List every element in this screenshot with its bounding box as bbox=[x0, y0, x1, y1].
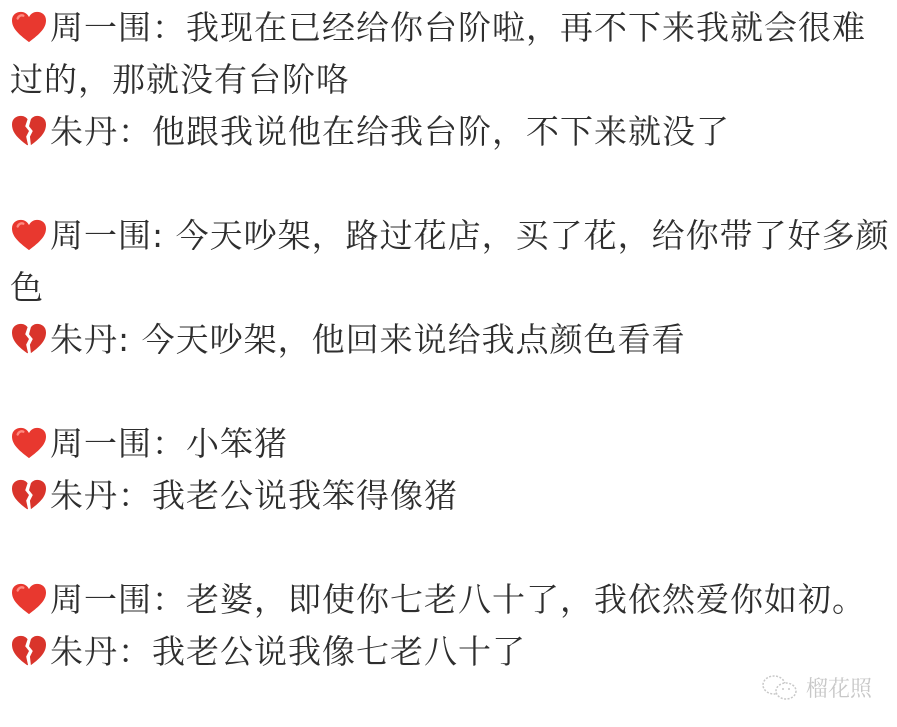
separator: ： bbox=[152, 424, 186, 463]
speaker-name: 朱丹 bbox=[50, 112, 118, 151]
dialogue-line: 朱丹：他跟我说他在给我台阶，不下来就没了 bbox=[10, 106, 890, 158]
broken-heart-icon bbox=[10, 322, 48, 356]
speaker-name: 周一围 bbox=[50, 216, 152, 255]
dialogue-line: 周一围：老婆，即使你七老八十了，我依然爱你如初。 bbox=[10, 574, 890, 626]
speaker-name: 周一围 bbox=[50, 424, 152, 463]
dialogue-text: 今天吵架，他回来说给我点颜色看看 bbox=[142, 320, 686, 359]
watermark: 榴花照 bbox=[760, 672, 872, 703]
dialogue-group: 周一围：我现在已经给你台阶啦，再不下来我就会很难过的，那就没有台阶咯 朱丹：他跟… bbox=[10, 2, 890, 158]
broken-heart-icon bbox=[10, 478, 48, 512]
dialogue-group: 周一围：老婆，即使你七老八十了，我依然爱你如初。 朱丹：我老公说我像七老八十了 bbox=[10, 574, 890, 678]
dialogue-group: 周一围: 今天吵架，路过花店，买了花，给你带了好多颜色 朱丹: 今天吵架，他回来… bbox=[10, 210, 890, 366]
red-heart-icon bbox=[10, 426, 48, 460]
dialogue-line: 周一围：我现在已经给你台阶啦，再不下来我就会很难过的，那就没有台阶咯 bbox=[10, 2, 890, 106]
speaker-name: 周一围 bbox=[50, 8, 152, 47]
broken-heart-icon bbox=[10, 634, 48, 668]
dialogue-line: 朱丹：我老公说我像七老八十了 bbox=[10, 626, 890, 678]
broken-heart-icon bbox=[10, 114, 48, 148]
separator: ： bbox=[118, 632, 152, 671]
post-content: 周一围：我现在已经给你台阶啦，再不下来我就会很难过的，那就没有台阶咯 朱丹：他跟… bbox=[10, 2, 890, 727]
speaker-name: 朱丹 bbox=[50, 320, 118, 359]
separator: ： bbox=[118, 476, 152, 515]
separator: : bbox=[118, 320, 142, 359]
dialogue-group: 周一围：小笨猪 朱丹：我老公说我笨得像猪 bbox=[10, 418, 890, 522]
dialogue-text: 我老公说我像七老八十了 bbox=[152, 632, 526, 671]
separator: ： bbox=[152, 8, 186, 47]
speaker-name: 周一围 bbox=[50, 580, 152, 619]
dialogue-text: 他跟我说他在给我台阶，不下来就没了 bbox=[152, 112, 730, 151]
red-heart-icon bbox=[10, 582, 48, 616]
dialogue-text: 我老公说我笨得像猪 bbox=[152, 476, 458, 515]
separator: ： bbox=[152, 580, 186, 619]
red-heart-icon bbox=[10, 10, 48, 44]
dialogue-text: 老婆，即使你七老八十了，我依然爱你如初。 bbox=[186, 580, 866, 619]
speaker-name: 朱丹 bbox=[50, 476, 118, 515]
watermark-label: 榴花照 bbox=[806, 672, 872, 703]
dialogue-line: 周一围: 今天吵架，路过花店，买了花，给你带了好多颜色 bbox=[10, 210, 890, 314]
separator: ： bbox=[118, 112, 152, 151]
dialogue-text: 小笨猪 bbox=[186, 424, 288, 463]
speaker-name: 朱丹 bbox=[50, 632, 118, 671]
separator: : bbox=[152, 216, 176, 255]
dialogue-line: 朱丹: 今天吵架，他回来说给我点颜色看看 bbox=[10, 314, 890, 366]
wechat-icon bbox=[760, 674, 800, 702]
dialogue-line: 周一围：小笨猪 bbox=[10, 418, 890, 470]
red-heart-icon bbox=[10, 218, 48, 252]
dialogue-line: 朱丹：我老公说我笨得像猪 bbox=[10, 470, 890, 522]
